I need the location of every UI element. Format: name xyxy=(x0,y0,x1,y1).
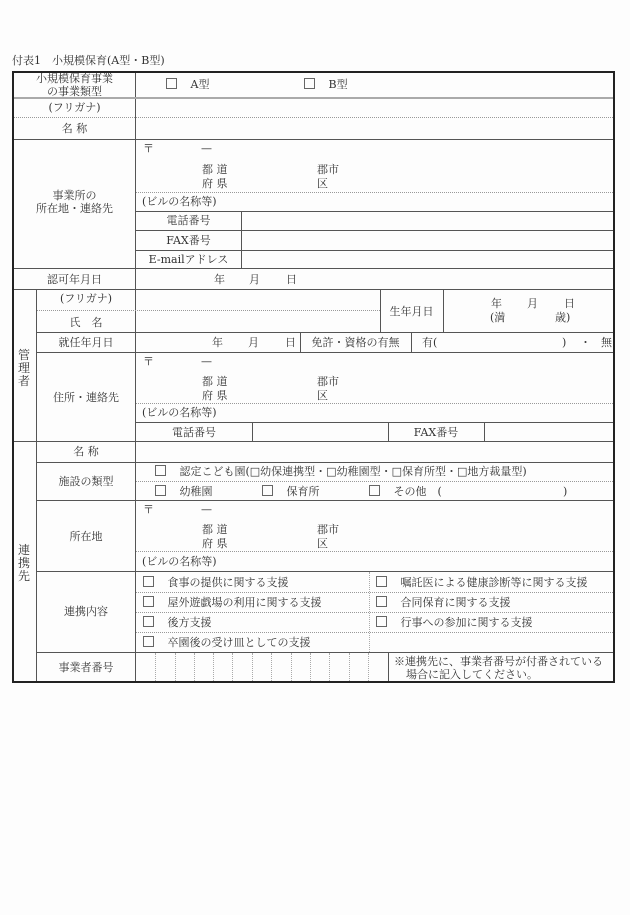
city-line1: 郡市 xyxy=(317,523,339,536)
phone-label: 電話番号 xyxy=(136,214,241,227)
form-title: 付表1 小規模保育(A型・B型) xyxy=(12,52,165,68)
approval-date-label: 認可年月日 xyxy=(14,273,135,286)
checkbox[interactable] xyxy=(376,596,387,607)
facility-name-label: 名 称 xyxy=(14,122,135,135)
partner-name-input[interactable] xyxy=(137,442,612,461)
partner-name-label: 名 称 xyxy=(37,445,135,458)
content-item-joint-care[interactable]: 合同保育に関する支援 xyxy=(376,596,511,609)
facility-type-nursery[interactable]: 保育所 xyxy=(262,485,320,498)
row-divider-dotted xyxy=(136,481,613,482)
row-divider xyxy=(37,500,613,501)
checkbox-kindergarten[interactable] xyxy=(155,485,166,496)
address-divider-dotted xyxy=(136,551,613,552)
manager-fax-label: FAX番号 xyxy=(388,426,484,439)
row-divider-dotted xyxy=(14,117,613,118)
pref-line2: 府 県 xyxy=(202,537,228,550)
birth-date-input[interactable] xyxy=(445,290,612,331)
checkbox[interactable] xyxy=(143,616,154,627)
address-label-line2: 所在地・連絡先 xyxy=(14,202,135,215)
city-line2: 区 xyxy=(317,177,328,190)
option-a[interactable]: A型 xyxy=(166,78,209,91)
approval-date-input[interactable] xyxy=(137,269,612,288)
building-label: (ビルの名称等) xyxy=(142,195,217,208)
appointed-date-label: 就任年月日 xyxy=(37,336,135,349)
content-item-label: 食事の提供に関する支援 xyxy=(168,576,289,589)
content-item-label: 合同保育に関する支援 xyxy=(401,596,511,609)
checkbox[interactable] xyxy=(143,576,154,587)
digit-separator xyxy=(368,653,369,681)
facility-fax-input[interactable] xyxy=(243,231,612,249)
facility-type-other-input[interactable] xyxy=(450,483,560,499)
business-number-note-line1: ※連携先に、事業者番号が付番されている xyxy=(394,655,603,668)
digit-separator xyxy=(155,653,156,681)
content-item-label: 行事への参加に関する支援 xyxy=(401,616,533,629)
digit-separator xyxy=(291,653,292,681)
manager-address-label: 住所・連絡先 xyxy=(37,391,135,404)
pref-line1: 都 道 xyxy=(202,523,228,536)
checkbox-b-type[interactable] xyxy=(304,78,315,89)
checkbox[interactable] xyxy=(376,576,387,587)
building-label: (ビルの名称等) xyxy=(142,555,217,568)
manager-phone-label: 電話番号 xyxy=(136,426,252,439)
birth-divider xyxy=(443,289,444,332)
checkbox[interactable] xyxy=(143,636,154,647)
city-line1: 郡市 xyxy=(317,163,339,176)
license-detail-input[interactable] xyxy=(440,333,560,351)
business-number-note-line2: 場合に記入してください。 xyxy=(406,668,538,681)
business-type-label-line1: 小規模保育事業 xyxy=(14,72,135,85)
digit-separator xyxy=(252,653,253,681)
facility-phone-input[interactable] xyxy=(243,212,612,230)
city-line2: 区 xyxy=(317,537,328,550)
digit-separator xyxy=(329,653,330,681)
manager-postal-code-input[interactable] xyxy=(155,354,595,370)
option-b-label: B型 xyxy=(329,78,348,91)
checkbox-other[interactable] xyxy=(369,485,380,496)
business-number-label: 事業者番号 xyxy=(37,661,135,674)
contact-column-divider xyxy=(241,211,242,268)
manager-fax-input[interactable] xyxy=(486,423,612,440)
fax-divider xyxy=(484,422,485,441)
digit-separator xyxy=(175,653,176,681)
manager-furigana-label: (フリガナ) xyxy=(37,292,135,305)
content-item-label: 屋外遊戯場の利用に関する支援 xyxy=(168,596,322,609)
facility-type-other-close: ) xyxy=(563,485,567,498)
row-divider-dotted xyxy=(136,612,613,613)
digit-separator xyxy=(194,653,195,681)
label-column-divider-approval xyxy=(135,268,136,289)
appointed-date-input[interactable] xyxy=(137,333,297,351)
checkbox[interactable] xyxy=(376,616,387,627)
row-divider-dotted xyxy=(136,592,613,593)
email-label: E-mailアドレス xyxy=(136,253,241,266)
label-column-divider-lower xyxy=(135,289,136,681)
birth-date-label: 生年月日 xyxy=(380,305,443,318)
row-divider xyxy=(37,352,613,353)
checkbox-kodomoen[interactable] xyxy=(155,465,166,476)
checkbox-nursery[interactable] xyxy=(262,485,273,496)
pref-line1: 都 道 xyxy=(202,375,228,388)
digit-separator xyxy=(213,653,214,681)
phone-divider xyxy=(252,422,253,441)
furigana-label: (フリガナ) xyxy=(14,101,135,114)
manager-section-char: 者 xyxy=(17,375,31,388)
content-item-meals[interactable]: 食事の提供に関する支援 xyxy=(143,576,289,589)
content-item-graduation[interactable]: 卒園後の受け皿としての支援 xyxy=(143,636,311,649)
facility-furigana-input[interactable] xyxy=(137,98,612,116)
business-type-label-line2: の事業類型 xyxy=(14,85,135,98)
facility-email-input[interactable] xyxy=(243,251,612,267)
digit-separator xyxy=(271,653,272,681)
facility-type-nursery-label: 保育所 xyxy=(287,485,320,498)
facility-type-kodomoen[interactable]: 認定こども園(□幼保連携型・□幼稚園型・□保育所型・□地方裁量型) xyxy=(155,465,527,478)
partner-postal-code-input[interactable] xyxy=(155,502,595,518)
checkbox-a-type[interactable] xyxy=(166,78,177,89)
partner-location-label: 所在地 xyxy=(37,530,135,543)
fax-label: FAX番号 xyxy=(136,234,241,247)
address-label-line1: 事業所の xyxy=(14,189,135,202)
facility-type-other[interactable]: その他 ( xyxy=(369,485,442,498)
content-item-health-check[interactable]: 嘱託医による健康診断等に関する支援 xyxy=(376,576,588,589)
city-line2: 区 xyxy=(317,389,328,402)
digit-separator xyxy=(232,653,233,681)
content-item-events[interactable]: 行事への参加に関する支援 xyxy=(376,616,533,629)
row-divider-dotted xyxy=(136,632,613,633)
manager-name-label: 氏 名 xyxy=(37,316,135,329)
pref-line2: 府 県 xyxy=(202,177,228,190)
city-line1: 郡市 xyxy=(317,375,339,388)
row-divider xyxy=(37,571,613,572)
license-label: 免許・資格の有無 xyxy=(300,336,411,349)
address-divider-dotted xyxy=(136,192,613,193)
facility-type-kodomoen-label: 認定こども園(□幼保連携型・□幼稚園型・□保育所型・□地方裁量型) xyxy=(180,465,527,478)
content-item-label: 卒園後の受け皿としての支援 xyxy=(168,636,311,649)
row-divider xyxy=(37,462,613,463)
content-item-backup[interactable]: 後方支援 xyxy=(143,616,212,629)
row-divider xyxy=(14,139,613,140)
content-item-label: 嘱託医による健康診断等に関する支援 xyxy=(401,576,588,589)
facility-type-kindergarten-label: 幼稚園 xyxy=(180,485,213,498)
manager-phone-input[interactable] xyxy=(254,423,387,440)
option-b[interactable]: B型 xyxy=(304,78,348,91)
checkbox[interactable] xyxy=(143,596,154,607)
license-divider xyxy=(411,332,412,352)
manager-furigana-input[interactable] xyxy=(137,290,379,309)
pref-line1: 都 道 xyxy=(202,163,228,176)
license-close: ) xyxy=(562,336,566,349)
postal-mark: 〒 xyxy=(143,142,154,155)
facility-type-other-label: その他 ( xyxy=(394,485,442,498)
digit-separator xyxy=(310,653,311,681)
postal-mark: 〒 xyxy=(143,355,154,368)
address-divider-dotted xyxy=(136,403,613,404)
pref-line2: 府 県 xyxy=(202,389,228,402)
postal-mark: 〒 xyxy=(143,503,154,516)
digit-separator xyxy=(349,653,350,681)
facility-type-kindergarten[interactable]: 幼稚園 xyxy=(155,485,213,498)
partner-content-label: 連携内容 xyxy=(37,605,135,618)
option-a-label: A型 xyxy=(191,78,210,91)
manager-name-input[interactable] xyxy=(137,311,379,331)
note-divider xyxy=(388,652,389,681)
license-separator: ・ xyxy=(580,336,591,349)
facility-postal-code-input[interactable] xyxy=(155,141,595,159)
license-no[interactable]: 無 xyxy=(601,336,612,349)
content-item-label: 後方支援 xyxy=(168,616,212,629)
content-item-playground[interactable]: 屋外遊戯場の利用に関する支援 xyxy=(143,596,322,609)
partner-section-char: 先 xyxy=(17,570,31,583)
license-yes[interactable]: 有( xyxy=(422,336,437,349)
facility-type-label: 施設の類型 xyxy=(37,475,135,488)
building-label: (ビルの名称等) xyxy=(142,406,217,419)
facility-name-input[interactable] xyxy=(137,119,612,138)
